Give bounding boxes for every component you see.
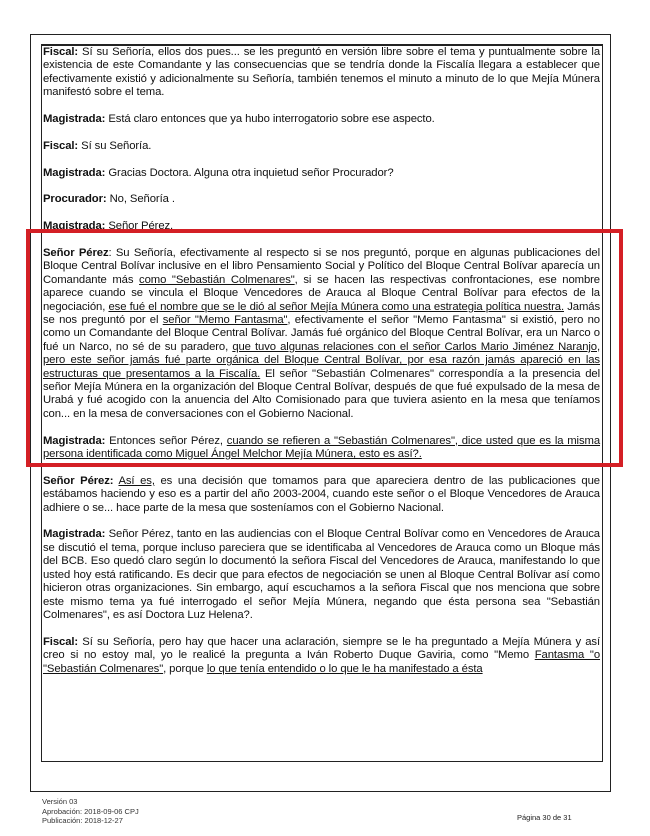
underlined-text: como "Sebastián Colmenares" <box>139 274 295 286</box>
speech-text: , porque <box>163 663 207 675</box>
transcript-paragraph: Magistrada: Gracias Doctora. Alguna otra… <box>43 167 600 180</box>
speaker-label: Señor Pérez <box>43 247 109 259</box>
footer-approval: Aprobación: 2018-09-06 CPJ <box>42 807 139 817</box>
speech-text: Sí su Señoría, ellos dos pues... se les … <box>43 46 600 98</box>
transcript-paragraph: Fiscal: Sí su Señoría. <box>43 140 600 153</box>
transcript-paragraph: Señor Pérez: Su Señoría, efectivamente a… <box>43 247 600 421</box>
underlined-text: ese fué el nombre que se le dió al señor… <box>108 301 564 313</box>
speaker-label: Fiscal: <box>43 636 78 648</box>
speaker-label: Señor Pérez: <box>43 475 113 487</box>
transcript-paragraph: Fiscal: Sí su Señoría, pero hay que hace… <box>43 636 600 676</box>
speech-text: No, Señoría . <box>107 193 175 205</box>
transcript-paragraph: Magistrada: Entonces señor Pérez, cuando… <box>43 435 600 462</box>
speaker-label: Magistrada: <box>43 528 105 540</box>
underlined-text: Así es, <box>118 475 154 487</box>
underlined-text: señor "Memo Fantasma" <box>163 314 288 326</box>
page-number: Página 30 de 31 <box>517 813 572 822</box>
speaker-label: Fiscal: <box>43 46 78 58</box>
transcript-paragraph: Fiscal: Sí su Señoría, ellos dos pues...… <box>43 46 600 100</box>
speech-text: Sí su Señoría. <box>78 140 151 152</box>
speech-text: Está claro entonces que ya hubo interrog… <box>105 113 434 125</box>
transcript-paragraph: Procurador: No, Señoría . <box>43 193 600 206</box>
transcript-paragraph: Magistrada: Señor Pérez. <box>43 220 600 233</box>
underlined-text: lo que tenía entendido o lo que le ha ma… <box>207 663 483 675</box>
speech-text: Entonces señor Pérez, <box>105 435 226 447</box>
speaker-label: Magistrada: <box>43 113 105 125</box>
speech-text: Señor Pérez, tanto en las audiencias con… <box>43 528 600 620</box>
document-footer-meta: Versión 03 Aprobación: 2018-09-06 CPJ Pu… <box>42 797 139 826</box>
speaker-label: Procurador: <box>43 193 107 205</box>
speech-text: Sí su Señoría, pero hay que hacer una ac… <box>43 636 600 661</box>
speaker-label: Magistrada: <box>43 435 105 447</box>
speaker-label: Magistrada: <box>43 220 105 232</box>
speaker-label: Magistrada: <box>43 167 105 179</box>
speech-text: Gracias Doctora. Alguna otra inquietud s… <box>105 167 393 179</box>
transcript-text: Fiscal: Sí su Señoría, ellos dos pues...… <box>43 46 600 689</box>
speech-text: Señor Pérez. <box>105 220 173 232</box>
transcript-paragraph: Magistrada: Está claro entonces que ya h… <box>43 113 600 126</box>
transcript-paragraph: Magistrada: Señor Pérez, tanto en las au… <box>43 528 600 622</box>
footer-version: Versión 03 <box>42 797 139 807</box>
footer-publication: Publicación: 2018-12-27 <box>42 816 139 826</box>
speaker-label: Fiscal: <box>43 140 78 152</box>
transcript-paragraph: Señor Pérez: Así es, es una decisión que… <box>43 475 600 515</box>
